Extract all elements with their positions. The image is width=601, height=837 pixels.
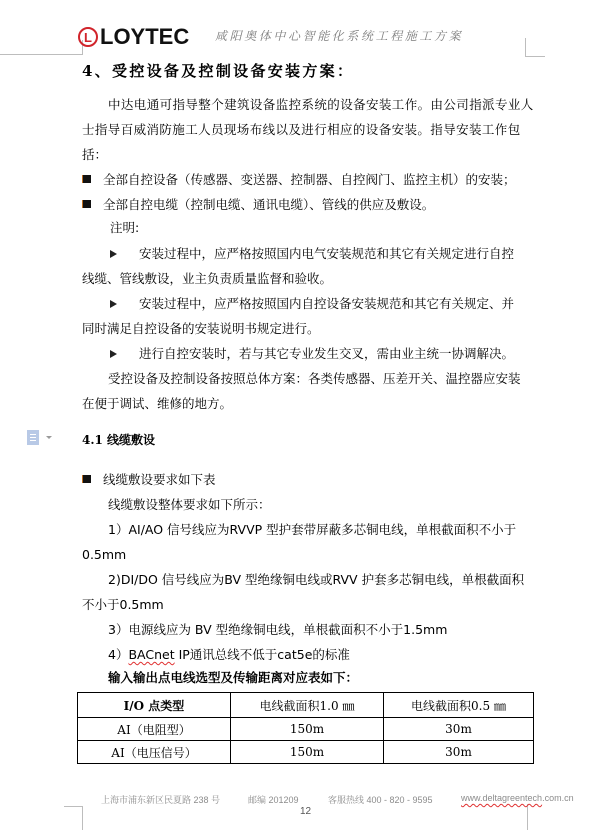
note-text: 安装过程中，应严格按照国内自控设备安装规范和其它有关规定、并 [139, 296, 514, 311]
document-options-icon[interactable] [27, 430, 39, 445]
requirement-3: 3）电源线应为 BV 型绝缘铜电线，单根截面积不小于1.5mm [108, 622, 447, 638]
note-continuation: 同时满足自控设备的安装说明书规定进行。 [82, 321, 320, 337]
footer-hotline: 客服热线 400 - 820 - 9595 [328, 793, 433, 806]
note-continuation: 线缆、管线敷设，业主负责质量监督和验收。 [82, 271, 332, 287]
intro-line-2: 士指导百威消防施工人员现场布线以及进行相应的设备安装。指导安装工作包 [82, 122, 521, 138]
arrow-bullet-icon [110, 350, 117, 358]
section-heading: 4、受控设备及控制设备安装方案： [82, 63, 354, 79]
table-cell: 30m [384, 718, 534, 741]
requirement-2: 2)DI/DO 信号线应为BV 型绝缘铜电线或RVV 护套多芯铜电线，单根截面积 [108, 572, 524, 588]
table-cell: 150m [231, 741, 384, 764]
table-caption: 输入输出点电线选型及传输距离对应表如下： [108, 670, 358, 686]
note-label: 注明: [110, 220, 139, 236]
bullet-text: 全部自控电缆（控制电缆、通讯电缆）、管线的供应及敷设。 [103, 197, 434, 212]
table-cell: 150m [231, 718, 384, 741]
footer-website: www.deltagreentech.com.cn [461, 793, 574, 803]
requirement-4-text: IP通讯总线不低于cat5e的标准 [175, 647, 350, 662]
footer-website-main: www.deltagreentech [461, 793, 542, 803]
requirement-1: 1）AI/AO 信号线应为RVVP 型护套带屏蔽多芯铜电线，单根截面积不小于 [108, 522, 516, 538]
requirement-2-cont: 不小于0.5mm [82, 597, 164, 613]
bullet-item: 线缆敷设要求如下表 [82, 472, 216, 488]
crop-mark-bottom-left-v [82, 806, 83, 830]
table-cell: AI（电压信号） [78, 741, 231, 764]
note-item: 安装过程中，应严格按照国内电气安装规范和其它有关规定进行自控 [110, 246, 514, 262]
table-cell: AI（电阻型） [78, 718, 231, 741]
note-text: 安装过程中，应严格按照国内电气安装规范和其它有关规定进行自控 [139, 246, 514, 261]
crop-mark-top-right-h [525, 56, 545, 57]
arrow-bullet-icon [110, 250, 117, 258]
company-logo: L LOYTEC [78, 24, 189, 50]
requirement-4: 4）BACnet IP通讯总线不低于cat5e的标准 [108, 647, 350, 663]
table-header-cell: 电线截面积0.5 ㎜ [384, 693, 534, 718]
arrow-bullet-icon [110, 300, 117, 308]
crop-mark-bottom-right-v [527, 804, 528, 830]
square-bullet-icon [82, 175, 91, 183]
square-bullet-icon [82, 475, 91, 483]
table-row: AI（电压信号） 150m 30m [78, 741, 534, 764]
note-text: 进行自控安装时，若与其它专业发生交叉，需由业主统一协调解决。 [139, 346, 514, 361]
logo-text: LOYTEC [100, 24, 189, 50]
requirements-lead: 线缆敷设整体要求如下所示： [108, 497, 271, 513]
spellcheck-flagged-word[interactable]: BACnet [128, 647, 174, 662]
table-row: AI（电阻型） 150m 30m [78, 718, 534, 741]
table-header-cell: I/O 点类型 [78, 693, 231, 718]
intro-line-3: 括： [82, 147, 107, 163]
summary-line-1: 受控设备及控制设备按照总体方案：各类传感器、压差开关、温控器应安装 [108, 371, 521, 387]
table-header-row: I/O 点类型 电线截面积1.0 ㎜ 电线截面积0.5 ㎜ [78, 693, 534, 718]
crop-mark-top-right [525, 38, 526, 56]
cable-distance-table: I/O 点类型 电线截面积1.0 ㎜ 电线截面积0.5 ㎜ AI（电阻型） 15… [77, 692, 534, 764]
table-header-cell: 电线截面积1.0 ㎜ [231, 693, 384, 718]
footer-address: 上海市浦东新区民夏路 238 号 [101, 793, 220, 806]
bullet-item: 全部自控设备（传感器、变送器、控制器、自控阀门、监控主机）的安装； [82, 172, 516, 188]
footer-website-tail: .com.cn [542, 793, 574, 803]
note-item: 进行自控安装时，若与其它专业发生交叉，需由业主统一协调解决。 [110, 346, 514, 362]
table-cell: 30m [384, 741, 534, 764]
page-number: 12 [300, 806, 311, 817]
square-bullet-icon [82, 200, 91, 208]
bullet-item: 全部自控电缆（控制电缆、通讯电缆）、管线的供应及敷设。 [82, 197, 434, 213]
requirement-4-prefix: 4） [108, 647, 128, 662]
bullet-text: 线缆敷设要求如下表 [103, 472, 216, 487]
footer-postcode: 邮编 201209 [248, 793, 299, 806]
summary-line-2: 在便于调试、维修的地方。 [82, 396, 232, 412]
logo-mark-icon: L [78, 27, 98, 47]
crop-mark-top-left [0, 54, 82, 55]
document-header-title: 咸阳奥体中心智能化系统工程施工方案 [215, 27, 463, 44]
note-item: 安装过程中，应严格按照国内自控设备安装规范和其它有关规定、并 [110, 296, 514, 312]
chevron-down-icon[interactable] [46, 436, 52, 439]
requirement-1-cont: 0.5mm [82, 547, 126, 563]
bullet-text: 全部自控设备（传感器、变送器、控制器、自控阀门、监控主机）的安装； [103, 172, 516, 187]
intro-line-1: 中达电通可指导整个建筑设备监控系统的设备安装工作。由公司指派专业人 [108, 97, 534, 113]
subsection-heading: 4.1 线缆敷设 [82, 432, 155, 448]
crop-mark-bottom-left [64, 806, 82, 807]
